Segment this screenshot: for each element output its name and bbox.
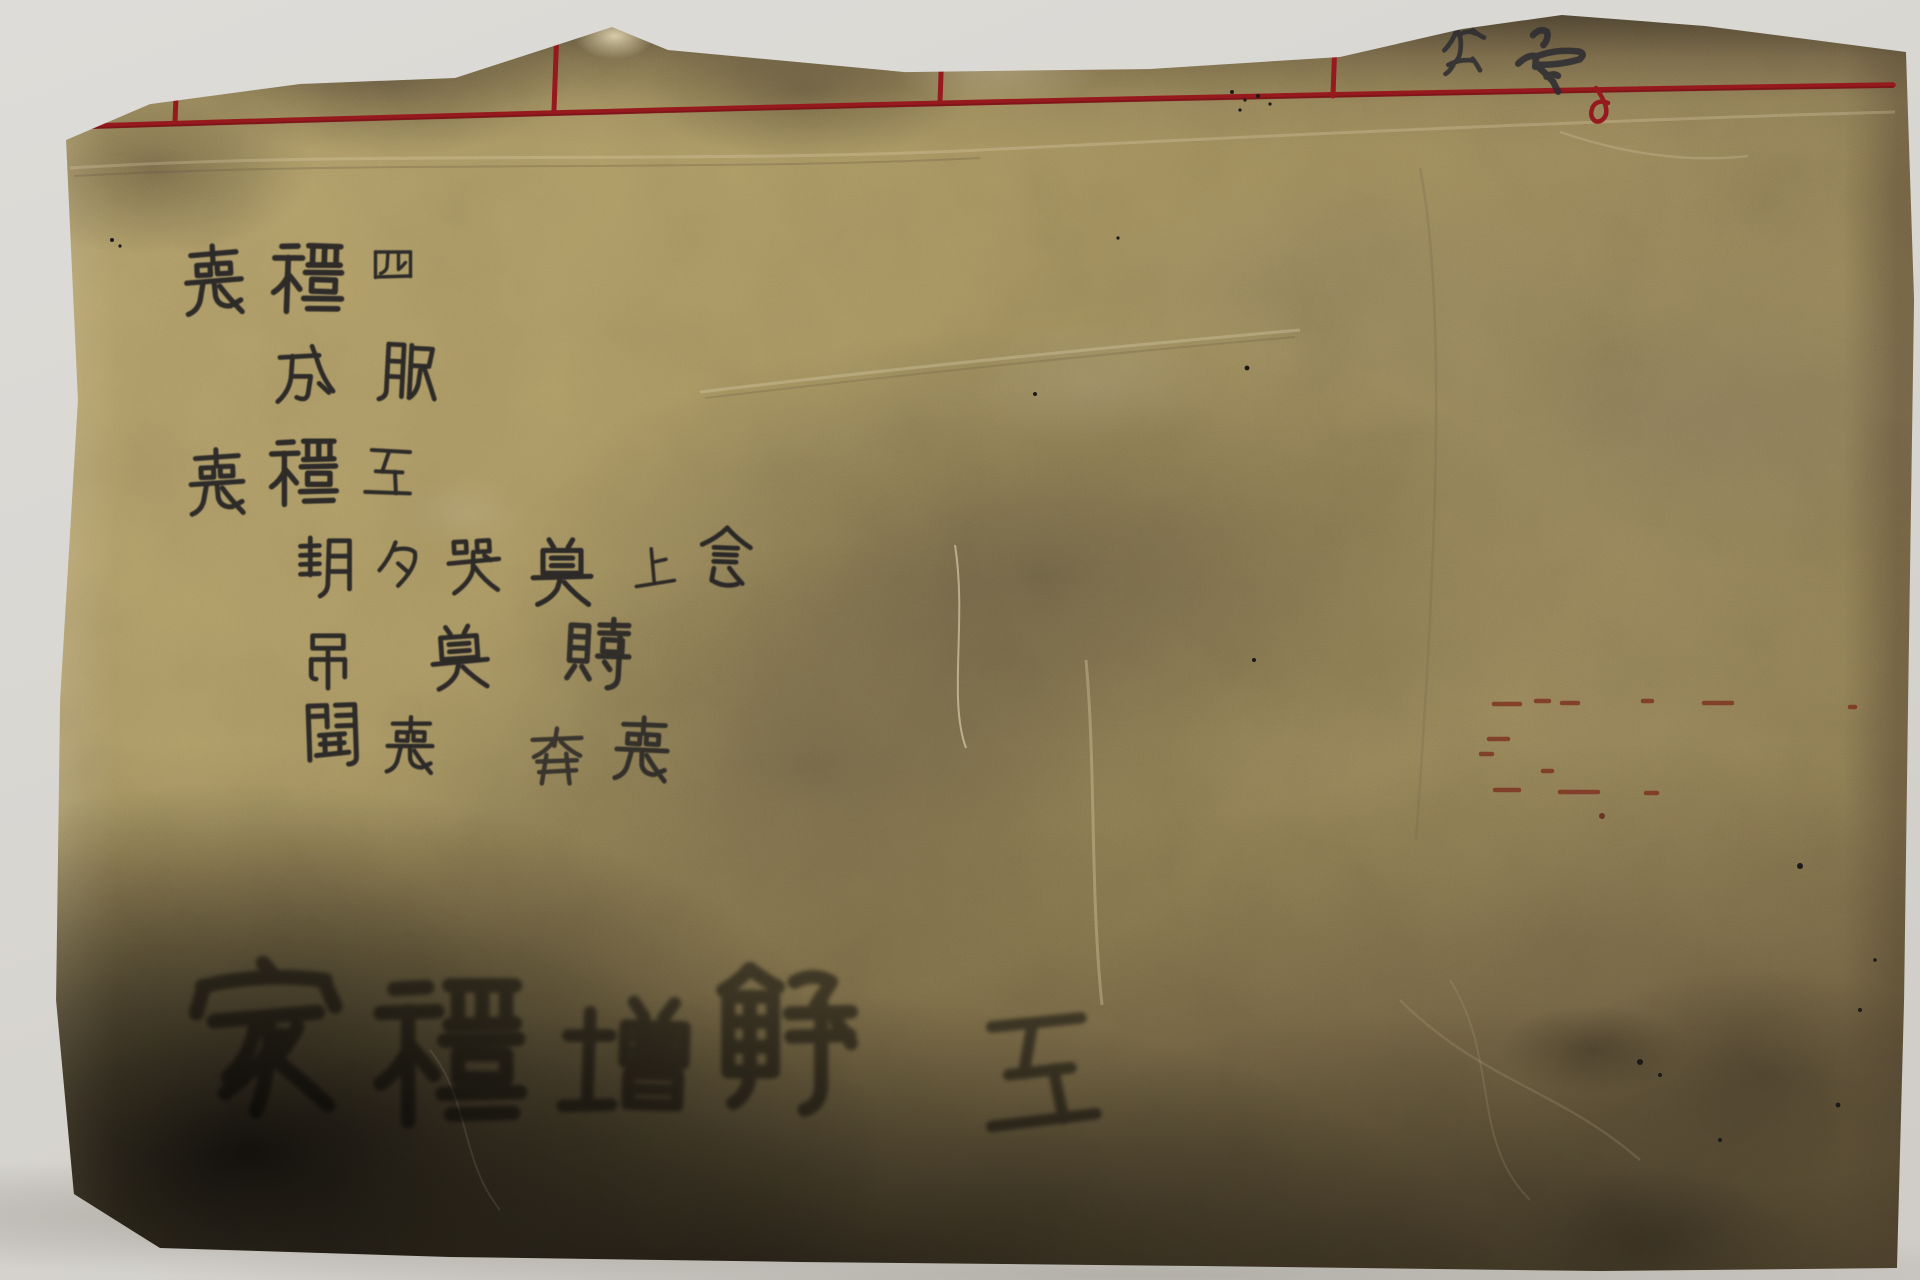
contents-r6-c2-strokes [377, 713, 443, 779]
contents-r3-c1 [179, 445, 256, 522]
contents-r3-c2-strokes [262, 434, 342, 514]
corner-mark-c1-strokes [1433, 19, 1501, 87]
contents-r6-c2 [377, 713, 443, 779]
volume-mark [967, 1001, 1112, 1146]
contents-r4-c1-strokes [290, 533, 360, 603]
contents-r4-c3-strokes [438, 529, 509, 600]
photo-stage: 喪禮四 成服 喪禮五 朝夕哭奠上食 吊奠賻 聞喪奔喪 家禮增解 五 共十 [0, 0, 1920, 1280]
title-c1 [175, 953, 357, 1135]
title-c2 [360, 970, 532, 1142]
contents-r4-c5-strokes [625, 541, 682, 598]
contents-r6-c1-strokes [294, 697, 371, 774]
title-c3 [545, 985, 700, 1140]
contents-r2-c1 [268, 340, 338, 410]
contents-r4-c3 [438, 529, 509, 600]
title-c4-strokes [700, 962, 866, 1128]
contents-r1-c3-strokes [368, 241, 418, 291]
contents-r1-c3 [368, 241, 418, 291]
contents-r4-c1 [290, 533, 360, 603]
title-c1-strokes [175, 953, 357, 1135]
corner-mark-c1 [1433, 19, 1501, 87]
contents-r3-c1-strokes [179, 445, 256, 522]
contents-r6-c4 [604, 712, 681, 789]
contents-r5-c1 [293, 628, 363, 698]
book-cover [0, 0, 1920, 1280]
title-c4 [700, 962, 866, 1128]
contents-r4-c4-strokes [524, 536, 600, 612]
contents-r4-c6-strokes [688, 523, 763, 598]
corner-mark-c2 [1503, 17, 1597, 111]
contents-r6-c4-strokes [604, 712, 681, 789]
contents-r6-c3 [524, 724, 590, 790]
inscriptions-layer [0, 0, 1920, 1280]
corner-mark-c2-strokes [1503, 17, 1597, 111]
contents-r4-c2-strokes [372, 538, 434, 600]
contents-r3-c2 [262, 434, 342, 514]
contents-r3-c3 [358, 442, 421, 505]
contents-r6-c3-strokes [524, 724, 590, 790]
contents-r5-c2-strokes [422, 621, 499, 698]
title-c3-strokes [545, 985, 700, 1140]
contents-r1-c2-strokes [263, 237, 350, 324]
contents-r4-c5 [625, 541, 682, 598]
contents-r2-c1-strokes [268, 340, 338, 410]
title-c2-strokes [360, 970, 532, 1142]
contents-r3-c3-strokes [358, 442, 421, 505]
contents-r2-c2-strokes [370, 334, 444, 408]
contents-r4-c2 [372, 538, 434, 600]
contents-r5-c3 [554, 614, 638, 698]
contents-r6-c1 [294, 697, 371, 774]
contents-r4-c4 [524, 536, 600, 612]
volume-mark-strokes [967, 1001, 1112, 1146]
contents-r1-c1-strokes [173, 240, 255, 322]
contents-r5-c3-strokes [554, 614, 638, 698]
contents-r2-c2 [370, 334, 444, 408]
contents-r1-c2 [263, 237, 350, 324]
contents-r5-c2 [422, 621, 499, 698]
contents-r4-c6 [688, 523, 763, 598]
contents-r1-c1 [173, 240, 255, 322]
contents-r5-c1-strokes [293, 628, 363, 698]
